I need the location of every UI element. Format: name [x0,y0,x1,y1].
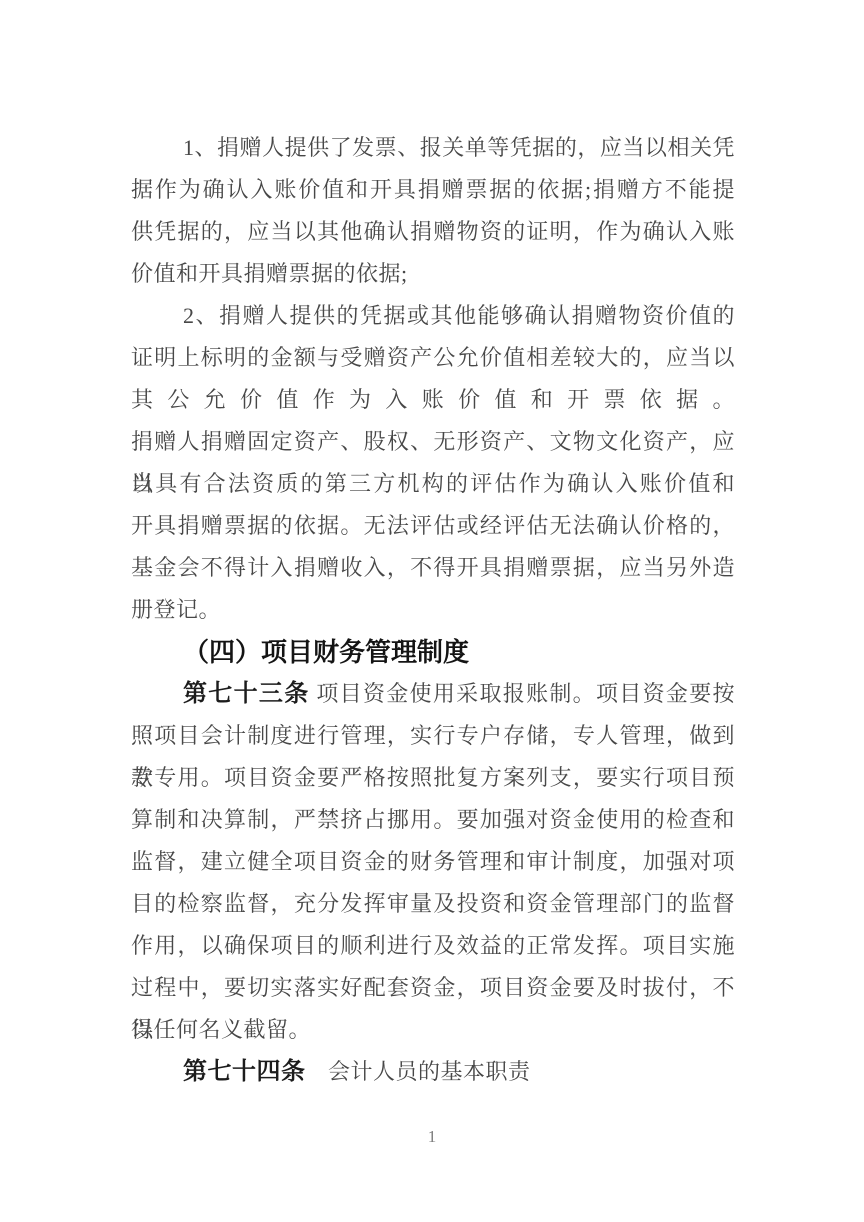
paragraph-line: 价值和开具捐赠票据的依据; [131,253,735,295]
paragraph-line: 捐赠人捐赠固定资产、股权、无形资产、文物文化资产，应当 [131,421,735,463]
paragraph-line: 照项目会计制度进行管理，实行专户存储，专人管理，做到专 [131,715,735,757]
paragraph-line: 证明上标明的金额与受赠资产公允价值相差较大的，应当以 [131,337,735,379]
paragraph-line: 基金会不得计入捐赠收入，不得开具捐赠票据，应当另外造 [131,547,735,589]
text-block: 1、捐赠人提供了发票、报关单等凭据的，应当以相关凭 据作为确认入账价值和开具捐赠… [131,127,735,1093]
article-line: 第七十三条 项目资金使用采取报账制。项目资金要按 [131,673,735,715]
paragraph-line: 过程中，要切实落实好配套资金，项目资金要及时拔付，不得 [131,967,735,1009]
article-line: 第七十四条 会计人员的基本职责 [131,1051,735,1093]
article-text: 会计人员的基本职责 [306,1059,531,1084]
paragraph-line: 2、捐赠人提供的凭据或其他能够确认捐赠物资价值的 [131,295,735,337]
paragraph-line: 据作为确认入账价值和开具捐赠票据的依据;捐赠方不能提 [131,169,735,211]
article-text: 项目资金使用采取报账制。项目资金要按 [310,681,735,706]
paragraph-line: 算制和决算制，严禁挤占挪用。要加强对资金使用的检查和 [131,799,735,841]
section-heading: （四）项目财务管理制度 [131,631,735,673]
document-page: 1、捐赠人提供了发票、报关单等凭据的，应当以相关凭 据作为确认入账价值和开具捐赠… [0,0,864,1222]
paragraph-line: 开具捐赠票据的依据。无法评估或经评估无法确认价格的， [131,505,735,547]
paragraph-line: 以具有合法资质的第三方机构的评估作为确认入账价值和 [131,463,735,505]
paragraph-line: 册登记。 [131,589,735,631]
paragraph-line: 款专用。项目资金要严格按照批复方案列支，要实行项目预 [131,757,735,799]
paragraph-line: 其公允价值作为入账价值和开票依据。 [131,379,735,421]
paragraph-line: 1、捐赠人提供了发票、报关单等凭据的，应当以相关凭 [131,127,735,169]
article-number-label: 第七十四条 [183,1059,306,1085]
paragraph-line: 目的检察监督，充分发挥审量及投资和资金管理部门的监督 [131,883,735,925]
paragraph-line: 作用，以确保项目的顺利进行及效益的正常发挥。项目实施 [131,925,735,967]
paragraph-line: 监督，建立健全项目资金的财务管理和审计制度，加强对项 [131,841,735,883]
article-number-label: 第七十三条 [183,681,310,707]
page-number: 1 [0,1122,864,1152]
paragraph-line: 供凭据的，应当以其他确认捐赠物资的证明，作为确认入账 [131,211,735,253]
paragraph-line: 以任何名义截留。 [131,1009,735,1051]
